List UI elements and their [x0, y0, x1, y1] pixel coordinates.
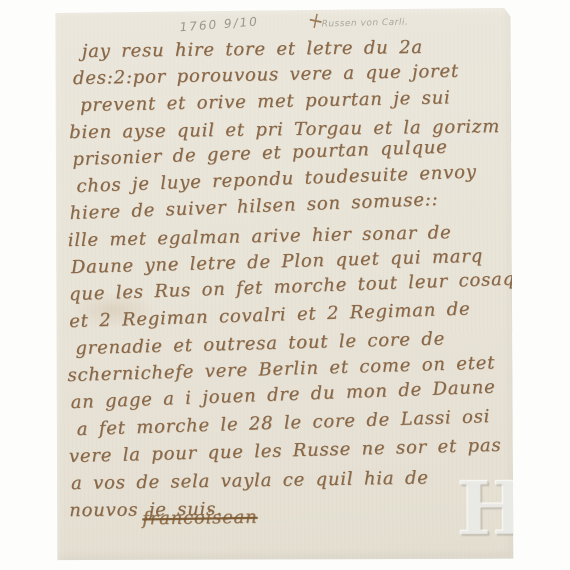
embossed-blind-stamp: H	[457, 467, 513, 553]
manuscript-text: jay resu hire tore et letre du 2a des:2:…	[66, 36, 514, 531]
letter-photograph: 1760 9/10 + Russen von Carli. jay resu h…	[0, 0, 570, 570]
letter-paper: 1760 9/10 + Russen von Carli. jay resu h…	[54, 8, 514, 561]
pencil-cataloguer-note: Russen von Carli.	[322, 18, 409, 30]
pencil-date-annotation: 1760 9/10	[179, 14, 259, 34]
manuscript-line: a vos de sela vayla ce quil hia de	[71, 463, 513, 497]
